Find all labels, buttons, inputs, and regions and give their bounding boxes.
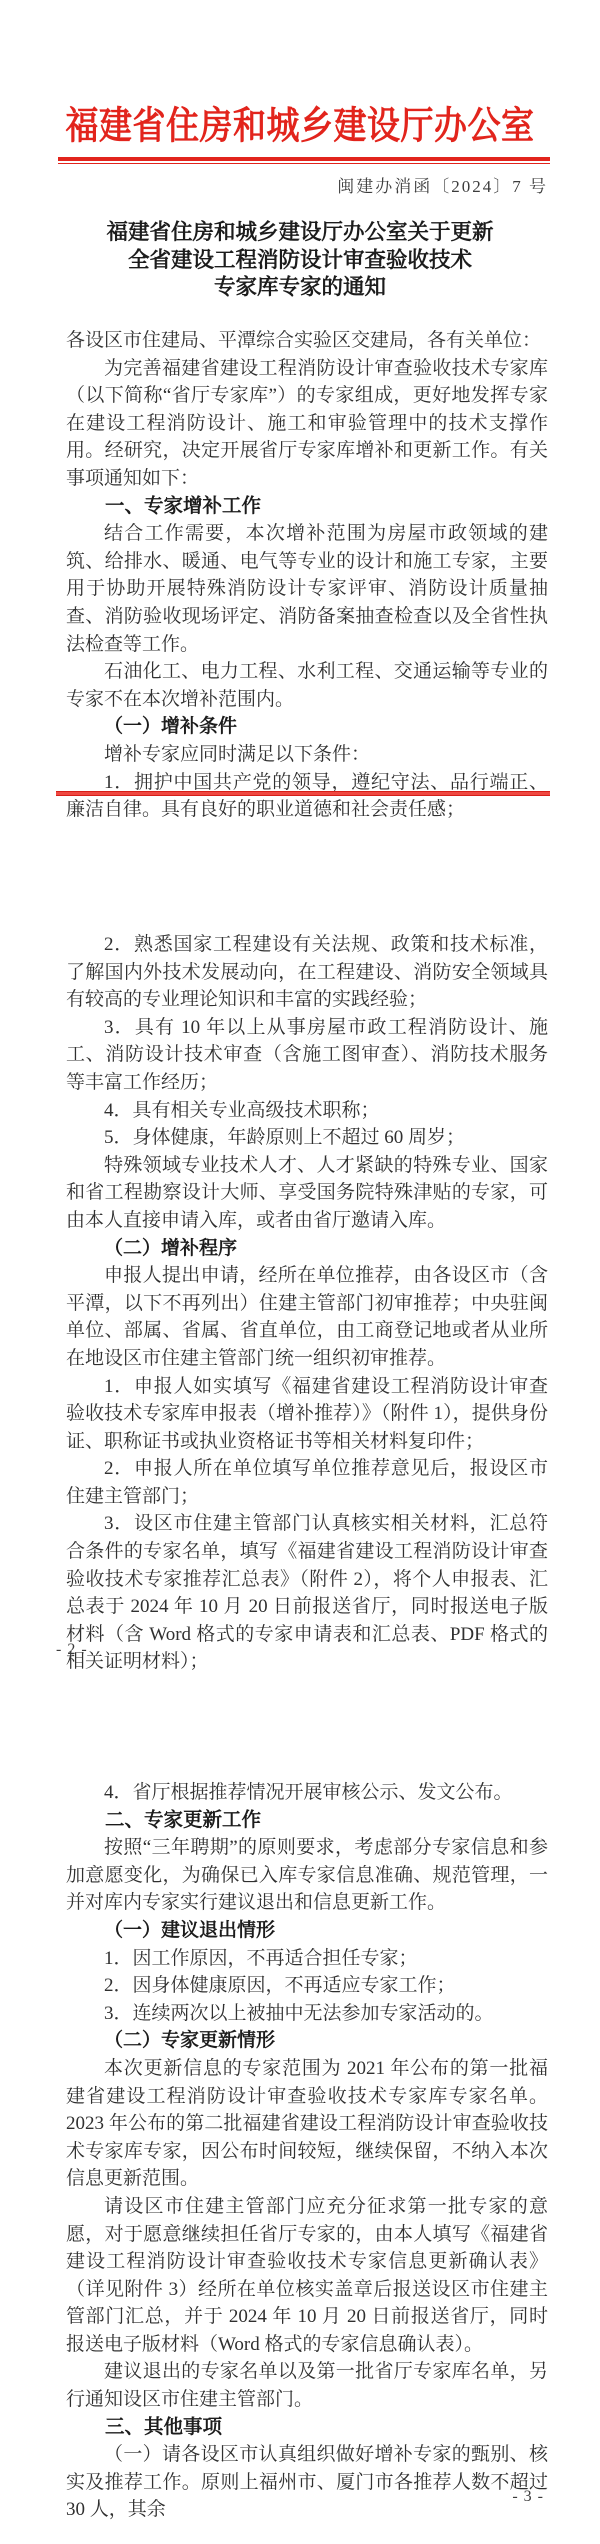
paragraph: 本次更新信息的专家范围为 2021 年公布的第一批福建省建设工程消防设计审查验收… <box>66 2055 548 2193</box>
paragraph: 一、专家增补工作 <box>66 493 548 521</box>
paragraph: 1．申报人如实填写《福建省建设工程消防设计审查验收技术专家库申报表（增补推荐）》… <box>66 1373 548 1456</box>
notice-title-line: 福建省住房和城乡建设厅办公室关于更新 <box>30 219 570 247</box>
paragraph: 2．申报人所在单位填写单位推荐意见后，报设区市住建主管部门； <box>66 1455 548 1510</box>
paragraph: 石油化工、电力工程、水利工程、交通运输等专业的专家不在本次增补范围内。 <box>66 658 548 713</box>
paragraph: 2．因身体健康原因，不再适应专家工作； <box>66 1972 548 2000</box>
paragraph: （一）请各设区市认真组织做好增补专家的甄别、核实及推荐工作。原则上福州市、厦门市… <box>66 2441 548 2524</box>
paragraph: 申报人提出申请，经所在单位推荐，由各设区市（含平潭，以下不再列出）住建主管部门初… <box>66 1262 548 1372</box>
document-number: 闽建办消函〔2024〕7 号 <box>337 172 548 197</box>
paragraph: 增补专家应同时满足以下条件： <box>66 741 548 769</box>
paragraph: 5．身体健康，年龄原则上不超过 60 周岁； <box>66 1124 548 1152</box>
notice-title-line: 全省建设工程消防设计审查验收技术 <box>30 247 570 275</box>
page-3-body: 4．省厅根据推荐情况开展审核公示、发文公布。 二、专家更新工作 按照“三年聘期”… <box>66 1779 548 2524</box>
paragraph: 1．因工作原因，不再适合担任专家； <box>66 1945 548 1973</box>
paragraph: 请设区市住建主管部门应充分征求第一批专家的意愿，对于愿意继续担任省厅专家的，由本… <box>66 2193 548 2359</box>
paragraph: （二）专家更新情形 <box>66 2027 548 2055</box>
paragraph: 1．拥护中国共产党的领导，遵纪守法、品行端正、廉洁自律。具有良好的职业道德和社会… <box>66 769 548 824</box>
letterhead-agency-name: 福建省住房和城乡建设厅办公室 <box>0 96 600 150</box>
document-page-scan: 福建省住房和城乡建设厅办公室 闽建办消函〔2024〕7 号 福建省住房和城乡建设… <box>0 0 600 2544</box>
paragraph: 4．具有相关专业高级技术职称； <box>66 1097 548 1125</box>
paragraph: 结合工作需要，本次增补范围为房屋市政领域的建筑、给排水、暖通、电气等专业的设计和… <box>66 520 548 658</box>
page-2-body: 2．熟悉国家工程建设有关法规、政策和技术标准，了解国内外技术发展动向，在工程建设… <box>66 931 548 1676</box>
paragraph: 各设区市住建局、平潭综合实验区交建局，各有关单位： <box>66 327 548 355</box>
paragraph: 3．具有 10 年以上从事房屋市政工程消防设计、施工、消防设计技术审查（含施工图… <box>66 1014 548 1097</box>
paragraph: 为完善福建省建设工程消防设计审查验收技术专家库（以下简称“省厅专家库”）的专家组… <box>66 355 548 493</box>
notice-title-line: 专家库专家的通知 <box>30 274 570 302</box>
paragraph: 3．连续两次以上被抽中无法参加专家活动的。 <box>66 2000 548 2028</box>
paragraph: 三、其他事项 <box>66 2414 548 2442</box>
page-2-number: - 2 - <box>56 1641 88 1659</box>
paragraph: 特殊领域专业技术人才、人才紧缺的特殊专业、国家和省工程勘察设计大师、享受国务院特… <box>66 1152 548 1235</box>
page-1-red-footer-line <box>56 791 550 796</box>
notice-title: 福建省住房和城乡建设厅办公室关于更新 全省建设工程消防设计审查验收技术 专家库专… <box>30 219 570 302</box>
paragraph: （二）增补程序 <box>66 1235 548 1263</box>
paragraph: （一）增补条件 <box>66 713 548 741</box>
paragraph: 2．熟悉国家工程建设有关法规、政策和技术标准，了解国内外技术发展动向，在工程建设… <box>66 931 548 1014</box>
page-1-body: 各设区市住建局、平潭综合实验区交建局，各有关单位： 为完善福建省建设工程消防设计… <box>66 327 548 824</box>
paragraph: （一）建议退出情形 <box>66 1917 548 1945</box>
letterhead-separator-line <box>58 157 550 161</box>
paragraph: 4．省厅根据推荐情况开展审核公示、发文公布。 <box>66 1779 548 1807</box>
paragraph: 3．设区市住建主管部门认真核实相关材料，汇总符合条件的专家名单，填写《福建省建设… <box>66 1510 548 1676</box>
paragraph: 建议退出的专家名单以及第一批省厅专家库名单，另行通知设区市住建主管部门。 <box>66 2358 548 2413</box>
paragraph: 二、专家更新工作 <box>66 1807 548 1835</box>
page-3-number: - 3 - <box>512 2488 544 2506</box>
paragraph: 按照“三年聘期”的原则要求，考虑部分专家信息和参加意愿变化，为确保已入库专家信息… <box>66 1834 548 1917</box>
